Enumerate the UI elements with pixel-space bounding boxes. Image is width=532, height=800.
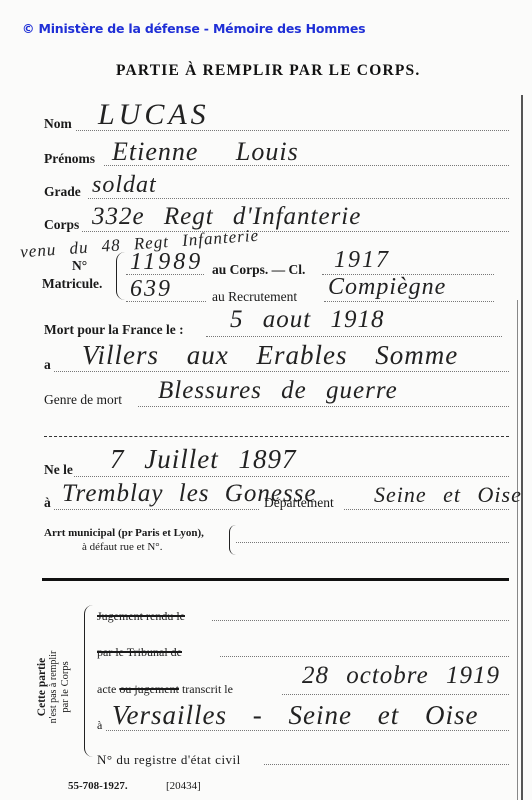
footer-number: [20434] — [166, 780, 201, 792]
corps-value: 332e Regt d'Infanterie — [92, 203, 361, 231]
arrondissement-label-2: à défaut rue et N°. — [82, 541, 162, 553]
right-border-inner — [517, 300, 518, 800]
transcription-lieu-label: à — [97, 718, 102, 733]
mort-value: 5 aout 1918 — [230, 306, 384, 334]
matricule-corps-number: 11989 — [130, 249, 203, 276]
grade-value: soldat — [92, 172, 157, 199]
mort-line — [206, 336, 502, 337]
form-title: PARTIE À REMPLIR PAR LE CORPS. — [116, 62, 420, 80]
mort-label: Mort pour la France le : — [44, 322, 184, 338]
tribunal-label: par le Tribunal de — [97, 645, 182, 660]
tribunal-line — [220, 656, 509, 657]
matricule-label-1: N° — [72, 258, 87, 274]
recrutement-line — [324, 301, 494, 302]
jugement-line — [212, 620, 509, 621]
arrondissement-brace — [229, 525, 236, 555]
footer-print-code: 55-708-1927. — [68, 780, 128, 792]
genre-mort-value: Blessures de guerre — [158, 377, 398, 405]
prenoms-label: Prénoms — [44, 151, 95, 167]
recrutement-value: Compiègne — [328, 274, 446, 301]
matricule-brace — [116, 252, 125, 300]
acte-line — [282, 694, 509, 695]
corps-label: Corps — [44, 217, 79, 233]
arrondissement-line — [236, 542, 509, 543]
classe-value: 1917 — [334, 247, 390, 274]
au-corps-label: au Corps. — Cl. — [212, 262, 305, 278]
arrondissement-label-1: Arrt municipal (pr Paris et Lyon), — [44, 527, 204, 539]
au-recrutement-label: au Recrutement — [212, 289, 297, 305]
departement-line — [344, 509, 509, 510]
lieu-naissance-label: à — [44, 495, 51, 511]
lieu-naissance-line — [54, 509, 259, 510]
departement-label: Département — [264, 495, 334, 511]
matricule-label-2: Matricule. — [42, 276, 102, 292]
right-border — [521, 95, 523, 800]
separator-1 — [44, 436, 509, 437]
prenoms-value: Etienne Louis — [112, 137, 299, 167]
watermark: © Ministère de la défense - Mémoire des … — [22, 21, 365, 36]
grade-label: Grade — [44, 184, 81, 200]
genre-mort-line — [138, 406, 509, 407]
nom-label: Nom — [44, 116, 72, 132]
genre-mort-label: Genre de mort — [44, 392, 122, 408]
corps-line — [82, 231, 509, 232]
transcription-brace — [84, 605, 93, 757]
separator-2 — [42, 578, 509, 581]
lieu-mort-value: Villers aux Erables Somme — [82, 340, 458, 371]
departement-value: Seine et Oise — [374, 482, 522, 508]
jugement-label: Jugement rendu le — [97, 609, 185, 624]
transcription-lieu-value: Versailles - Seine et Oise — [112, 700, 478, 731]
nom-value: LUCAS — [98, 98, 210, 132]
acte-label: acte ou jugement transcrit le — [97, 682, 233, 697]
naissance-label: Ne le — [44, 462, 73, 478]
registre-label: N° du registre d'état civil — [97, 752, 241, 768]
acte-value: 28 octobre 1919 — [302, 662, 500, 690]
naissance-value: 7 Juillet 1897 — [110, 444, 296, 475]
matricule-recrutement-number: 639 — [130, 276, 172, 303]
lieu-mort-label: a — [44, 357, 51, 373]
registre-line — [264, 764, 509, 765]
side-note: Cette partie n'est pas à remplir par le … — [36, 612, 72, 762]
lieu-mort-line — [54, 371, 509, 372]
naissance-line — [74, 476, 509, 477]
